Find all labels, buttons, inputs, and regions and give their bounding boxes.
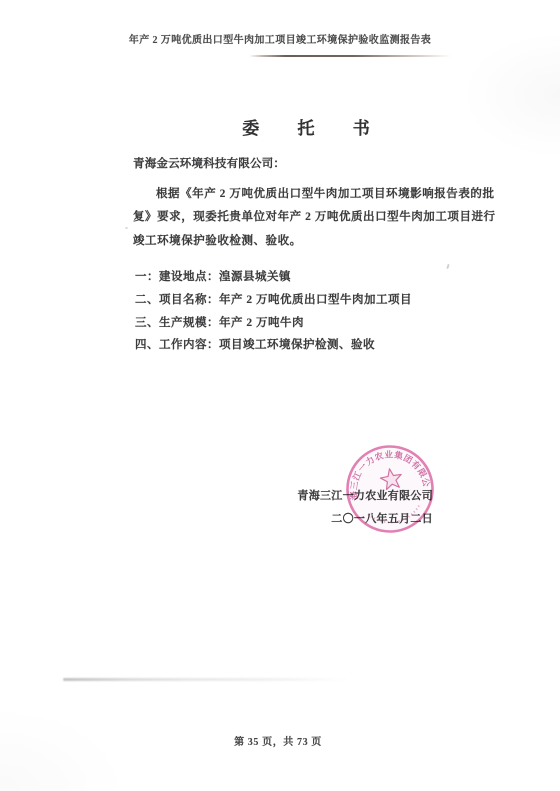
scan-speck xyxy=(446,264,449,269)
list-item-production-scale: 三、生产规模：年产 2 万吨牛肉 xyxy=(135,312,412,335)
paragraph-line: 根据《年产 2 万吨优质出口型牛肉加工项目环境影响报告表的批 xyxy=(133,183,483,206)
entrustment-item-list: 一：建设地点：湟源县城关镇 二、项目名称：年产 2 万吨优质出口型牛肉加工项目 … xyxy=(135,266,412,357)
paragraph-line: 复》要求，现委托贵单位对年产 2 万吨优质出口型牛肉加工项目进行 xyxy=(133,206,483,229)
scanned-document-page: 年产 2 万吨优质出口型牛肉加工项目竣工环境保护验收监测报告表 委托书 青海金云… xyxy=(0,0,560,791)
header-rule-line xyxy=(249,55,451,57)
paragraph-line: 竣工环境保护验收检测、验收。 xyxy=(133,230,483,253)
list-item-project-name: 二、项目名称：年产 2 万吨优质出口型牛肉加工项目 xyxy=(135,289,412,312)
document-header-title: 年产 2 万吨优质出口型牛肉加工项目竣工环境保护验收监测报告表 xyxy=(0,31,560,46)
company-seal-stamp: 青海三江一力农业集团有限公司 xyxy=(343,442,437,536)
scan-speck xyxy=(125,227,128,229)
list-item-work-content: 四、工作内容：项目竣工环境保护检测、验收 xyxy=(135,334,412,357)
body-paragraph: 根据《年产 2 万吨优质出口型牛肉加工项目环境影响报告表的批 复》要求，现委托贵… xyxy=(133,183,483,253)
page-number-footer: 第 35 页，共 73 页 xyxy=(0,733,556,748)
scan-smudge-artifact xyxy=(63,678,347,681)
list-item-location: 一：建设地点：湟源县城关镇 xyxy=(135,266,412,289)
salutation-line: 青海金云环境科技有限公司： xyxy=(133,155,285,171)
letter-title: 委托书 xyxy=(133,114,479,139)
